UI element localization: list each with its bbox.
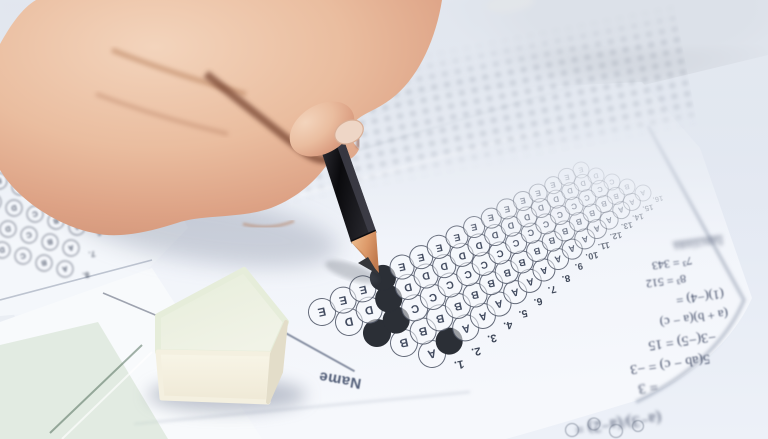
foreground-objects <box>0 0 768 439</box>
hand <box>0 0 442 235</box>
photo-scene: functions7³ = 3438³ = 512(1)(−4) =(a + b… <box>0 0 768 439</box>
black-pencil <box>318 132 379 275</box>
finger-separation <box>243 221 294 227</box>
white-eraser <box>158 270 286 402</box>
hand-silhouette <box>0 0 442 235</box>
